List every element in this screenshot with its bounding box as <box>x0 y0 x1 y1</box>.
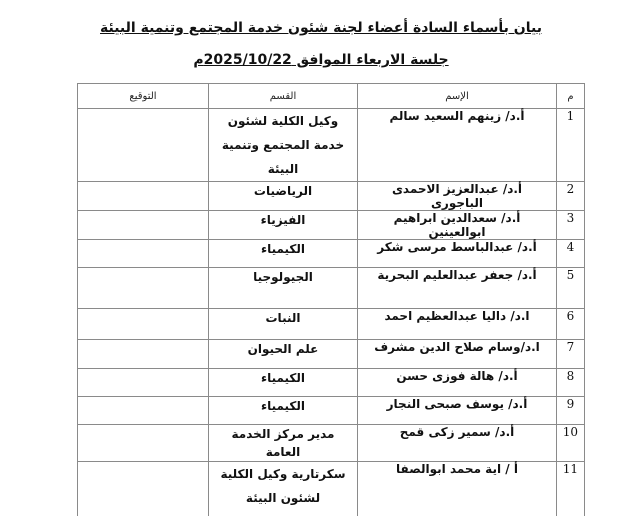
row-number: 7 <box>557 340 585 369</box>
member-dept: الكيمياء <box>209 397 358 425</box>
member-name: أ.د/ يوسف صبحى النجار <box>358 397 557 425</box>
signature-cell <box>78 240 209 268</box>
table-row: 10 أ.د/ سمير زكى قمح مدير مركز الخدمة ال… <box>78 425 585 462</box>
row-number: 3 <box>557 211 585 240</box>
member-dept: سكرتارية وكيل الكلية لشئون البيئة <box>209 462 358 516</box>
signature-cell <box>78 340 209 369</box>
member-name: ا.د/وسام صلاح الدين مشرف <box>358 340 557 369</box>
member-name: أ.د/ عبدالعزيز الاحمدى الباجورى <box>358 182 557 211</box>
row-number: 5 <box>557 268 585 309</box>
table-row: 7 ا.د/وسام صلاح الدين مشرف علم الحيوان <box>78 340 585 369</box>
member-dept: الكيمياء <box>209 369 358 397</box>
member-name: أ.د/ سمير زكى قمح <box>358 425 557 462</box>
table-row: 8 أ.د/ هالة فوزى حسن الكيمياء <box>78 369 585 397</box>
table-row: 1 أ.د/ زينهم السعيد سالم وكيل الكلية لشئ… <box>78 109 585 182</box>
header-dept: القسم <box>209 84 358 109</box>
table-row: 11 أ / اية محمد ابوالصفا سكرتارية وكيل ا… <box>78 462 585 516</box>
member-name: أ.د/ عبدالباسط مرسى شكر <box>358 240 557 268</box>
signature-cell <box>78 182 209 211</box>
signature-cell <box>78 462 209 516</box>
signature-cell <box>78 425 209 462</box>
row-number: 10 <box>557 425 585 462</box>
member-dept: الكيمياء <box>209 240 358 268</box>
member-dept: النبات <box>209 309 358 340</box>
member-dept: وكيل الكلية لشئون خدمة المجتمع وتنمية ال… <box>209 109 358 182</box>
member-name: أ.د/ جعفر عبدالعليم البحرية <box>358 268 557 309</box>
row-number: 4 <box>557 240 585 268</box>
table-row: 5 أ.د/ جعفر عبدالعليم البحرية الجيولوجيا <box>78 268 585 309</box>
table-header-row: م الإسم القسم التوقيع <box>78 84 585 109</box>
member-dept: الرياضيات <box>209 182 358 211</box>
row-number: 1 <box>557 109 585 182</box>
table-row: 9 أ.د/ يوسف صبحى النجار الكيمياء <box>78 397 585 425</box>
member-dept: الفيزياء <box>209 211 358 240</box>
row-number: 11 <box>557 462 585 516</box>
member-name: أ.د/ سعدالدين ابراهيم ابوالعينين <box>358 211 557 240</box>
signature-cell <box>78 369 209 397</box>
header-name: الإسم <box>358 84 557 109</box>
signature-cell <box>78 309 209 340</box>
table-row: 3 أ.د/ سعدالدين ابراهيم ابوالعينين الفيز… <box>78 211 585 240</box>
signature-cell <box>78 109 209 182</box>
table-row: 4 أ.د/ عبدالباسط مرسى شكر الكيمياء <box>78 240 585 268</box>
members-table: م الإسم القسم التوقيع 1 أ.د/ زينهم السعي… <box>77 83 585 516</box>
member-dept: علم الحيوان <box>209 340 358 369</box>
row-number: 9 <box>557 397 585 425</box>
row-number: 2 <box>557 182 585 211</box>
member-name: أ.د/ زينهم السعيد سالم <box>358 109 557 182</box>
member-name: أ.د/ هالة فوزى حسن <box>358 369 557 397</box>
header-num: م <box>557 84 585 109</box>
member-dept: الجيولوجيا <box>209 268 358 309</box>
signature-cell <box>78 397 209 425</box>
session-date-subtitle: جلسة الاربعاء الموافق 2025/10/22م <box>0 52 642 68</box>
row-number: 6 <box>557 309 585 340</box>
document-title: بيان بأسماء السادة أعضاء لجنة شئون خدمة … <box>0 20 642 36</box>
member-dept: مدير مركز الخدمة العامة <box>209 425 358 462</box>
signature-cell <box>78 268 209 309</box>
row-number: 8 <box>557 369 585 397</box>
signature-cell <box>78 211 209 240</box>
table-row: 6 ا.د/ داليا عبدالعظيم احمد النبات <box>78 309 585 340</box>
member-name: أ / اية محمد ابوالصفا <box>358 462 557 516</box>
table-row: 2 أ.د/ عبدالعزيز الاحمدى الباجورى الرياض… <box>78 182 585 211</box>
header-sign: التوقيع <box>78 84 209 109</box>
member-name: ا.د/ داليا عبدالعظيم احمد <box>358 309 557 340</box>
